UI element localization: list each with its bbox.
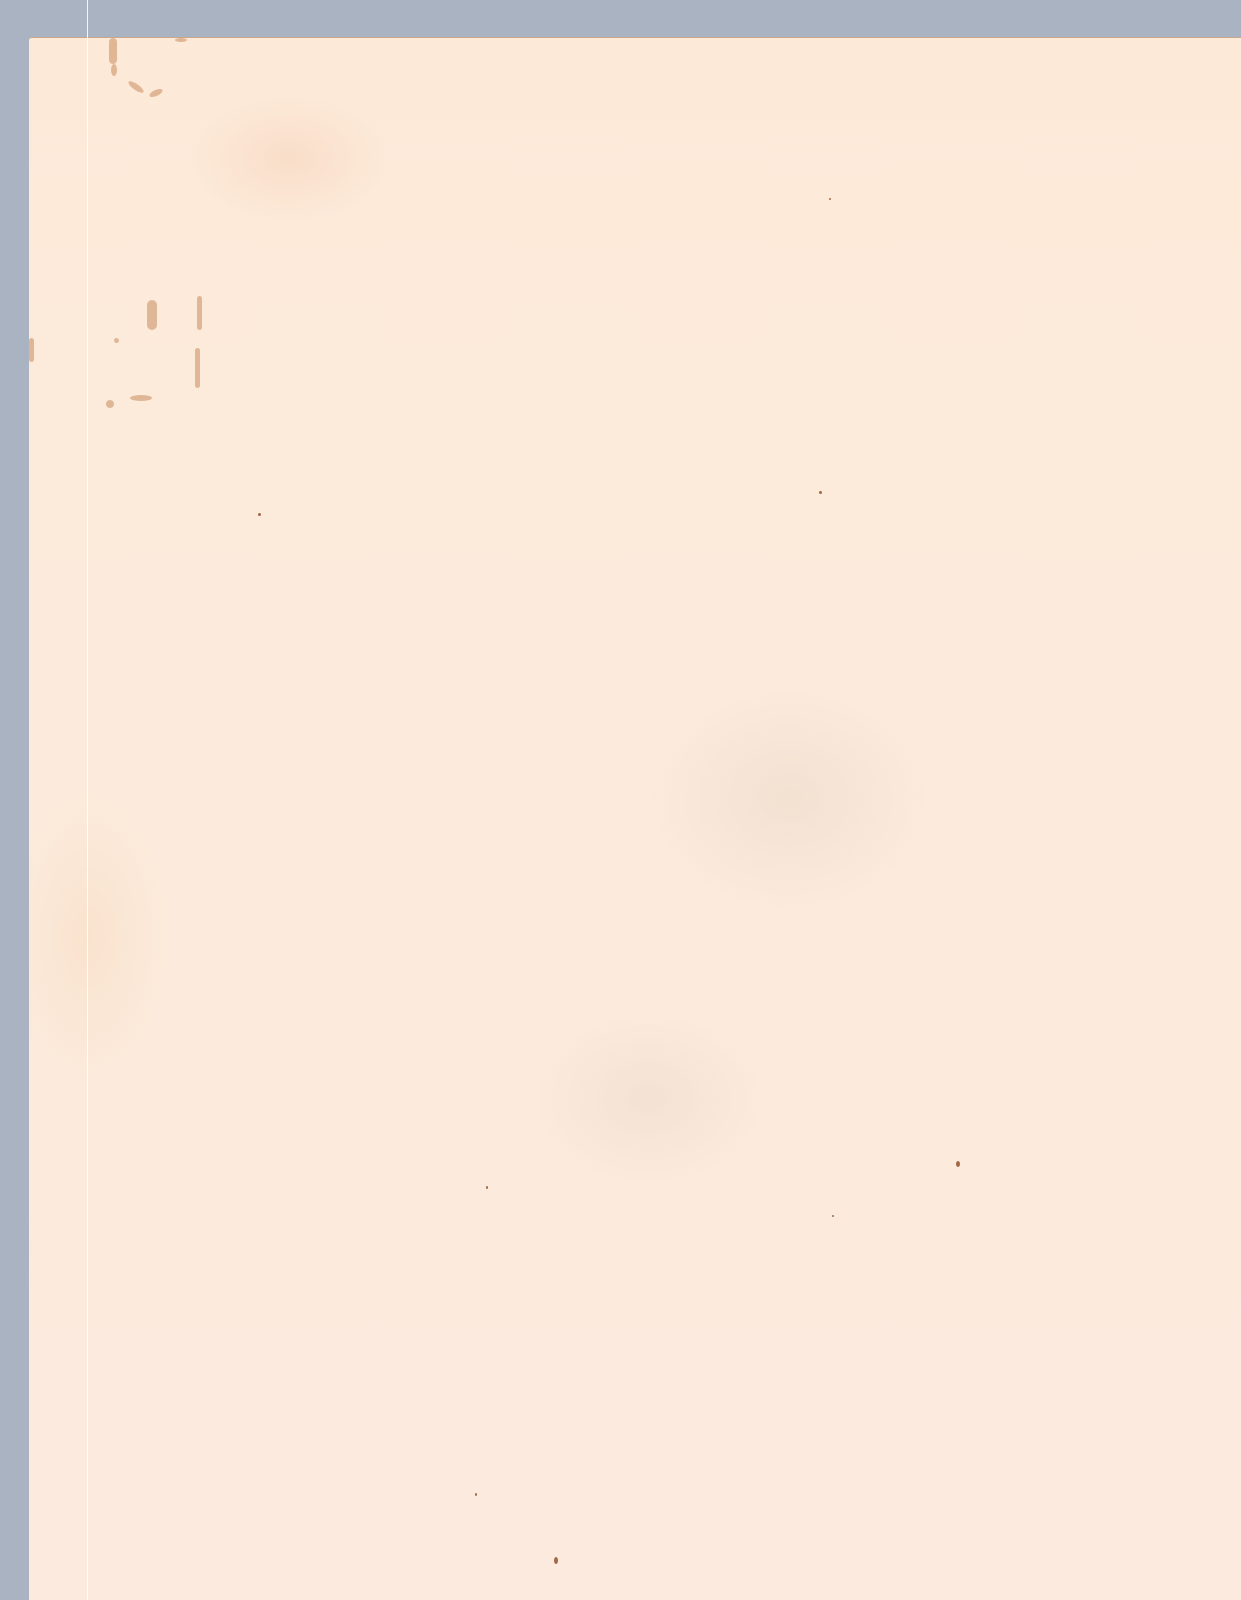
- foxing-stain: [29, 338, 34, 362]
- foxing-stain: [148, 87, 163, 98]
- foxing-stain: [127, 79, 145, 94]
- paper-speck: [475, 1493, 477, 1496]
- foxing-stain: [106, 400, 114, 408]
- foxing-stain: [197, 296, 202, 330]
- paper-speck: [819, 491, 822, 494]
- paper-speck: [832, 1215, 834, 1217]
- foxing-stain: [111, 64, 117, 76]
- foxing-stain: [175, 38, 187, 42]
- foxing-stain: [109, 38, 117, 64]
- foxing-stain: [147, 300, 157, 330]
- scan-edge-line: [87, 0, 88, 1600]
- paper-speck: [956, 1161, 960, 1167]
- paper-speck: [829, 198, 831, 200]
- blank-paper-page: [29, 37, 1241, 1600]
- paper-speck: [554, 1557, 558, 1564]
- paper-speck: [486, 1186, 488, 1189]
- foxing-stain: [130, 395, 152, 401]
- foxing-stain: [114, 338, 119, 343]
- foxing-stain: [195, 348, 200, 388]
- paper-speck: [258, 513, 261, 516]
